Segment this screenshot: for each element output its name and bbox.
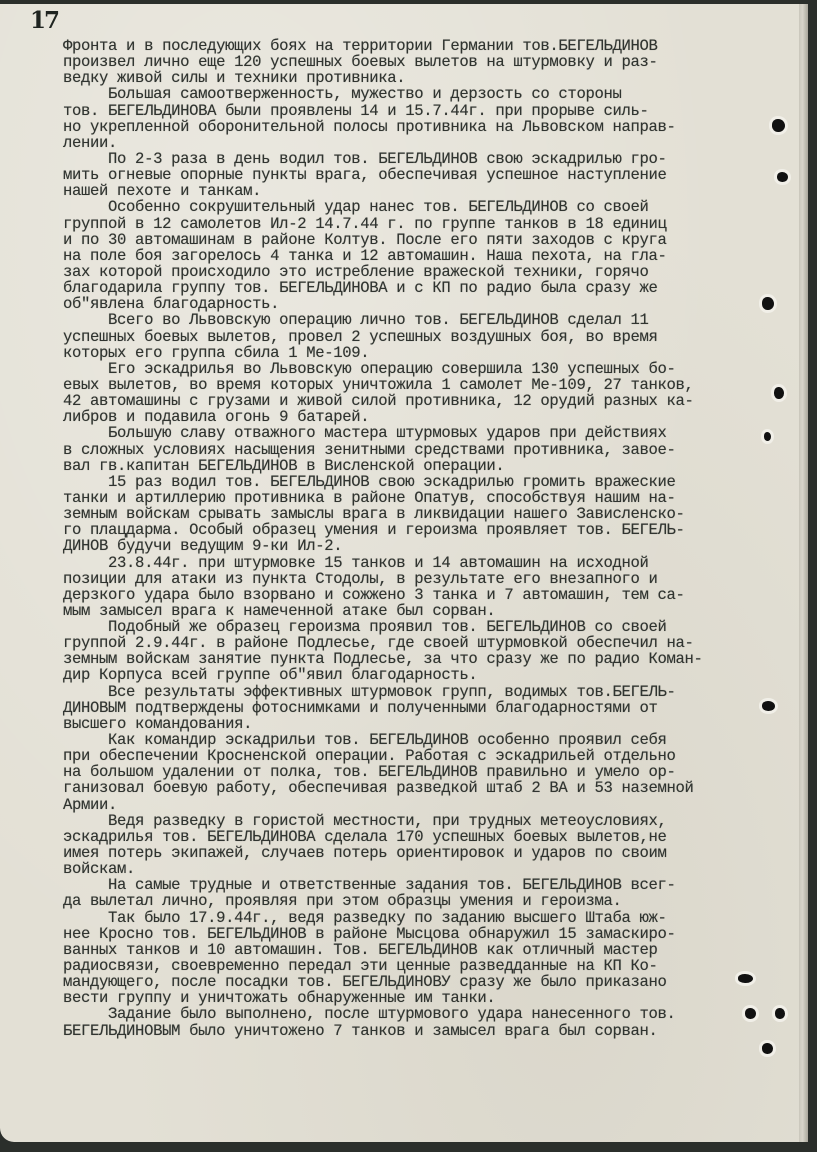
- text-line: нее Кросно тов. БЕГЕЛЬДИНОВ в районе Мыс…: [63, 926, 768, 942]
- paragraph: Как командир эскадрильи тов. БЕГЕЛЬДИНОВ…: [63, 732, 768, 813]
- text-line: успешных боевых вылетов, провел 2 успешн…: [63, 329, 768, 345]
- text-line: Задание было выполнено, после штурмового…: [63, 1006, 768, 1022]
- text-line: на поле боя загорелось 4 танка и 12 авто…: [63, 248, 768, 264]
- paragraph: 23.8.44г. при штурмовке 15 танков и 14 а…: [63, 555, 768, 620]
- text-line: танки и артиллерию противника в районе О…: [63, 490, 768, 506]
- text-line: радиосвязи, своевременно передал эти цен…: [63, 958, 768, 974]
- text-line: в сложных условиях насыщения зенитными с…: [63, 442, 768, 458]
- punch-hole: [745, 1008, 756, 1019]
- text-line: лении.: [63, 135, 768, 151]
- text-line: Ведя разведку в гористой местности, при …: [63, 813, 768, 829]
- paragraph: Так было 17.9.44г., ведя разведку по зад…: [63, 910, 768, 1007]
- text-line: об"явлена благодарность.: [63, 296, 768, 312]
- text-line: имея потерь экипажей, случаев потерь ори…: [63, 845, 768, 861]
- text-line: эскадрилья тов. БЕГЕЛЬДИНОВА сделала 170…: [63, 829, 768, 845]
- punch-hole: [772, 119, 785, 132]
- paragraph: По 2-3 раза в день водил тов. БЕГЕЛЬДИНО…: [63, 151, 768, 199]
- text-line: Большую славу отважного мастера штурмовы…: [63, 425, 768, 441]
- punch-hole: [775, 1008, 785, 1019]
- page-number: 17: [30, 7, 58, 34]
- text-line: го плацдарма. Особый образец умения и ге…: [63, 522, 768, 538]
- text-line: дерзкого удара было взорвано и сожжено 3…: [63, 587, 768, 603]
- punch-hole: [764, 432, 771, 441]
- text-line: нашей пехоте и танкам.: [63, 183, 768, 199]
- text-line: земным войскам срывать замыслы врага в л…: [63, 506, 768, 522]
- text-line: группой 2.9.44г. в районе Подлесье, где …: [63, 635, 768, 651]
- paragraph: Ведя разведку в гористой местности, при …: [63, 813, 768, 878]
- text-line: но укрепленной оборонительной полосы про…: [63, 119, 768, 135]
- text-line: и по 30 автомашинам в районе Колтув. Пос…: [63, 232, 768, 248]
- text-line: Особенно сокрушительный удар нанес тов. …: [63, 199, 768, 215]
- text-line: при обеспечении Кросненской операции. Ра…: [63, 748, 768, 764]
- text-line: ванных танков и 10 автомашин. Тов. БЕГЕЛ…: [63, 942, 768, 958]
- paragraph: Задание было выполнено, после штурмового…: [63, 1006, 768, 1038]
- text-line: ДИНОВ будучи ведущим 9-ки Ил-2.: [63, 538, 768, 554]
- text-line: 15 раз водил тов. БЕГЕЛЬДИНОВ свою эскад…: [63, 474, 768, 490]
- text-line: мандующего, после посадки тов. БЕГЕЛЬДИН…: [63, 974, 768, 990]
- page-edge: [799, 4, 808, 1142]
- text-line: либров и подавила огонь 9 батарей.: [63, 409, 768, 425]
- paragraph: Подобный же образец героизма проявил тов…: [63, 619, 768, 684]
- punch-hole: [762, 701, 775, 711]
- text-line: По 2-3 раза в день водил тов. БЕГЕЛЬДИНО…: [63, 151, 768, 167]
- text-line: группой в 12 самолетов Ил-2 14.7.44 г. п…: [63, 216, 768, 232]
- text-line: ДИНОВЫМ подтверждены фотоснимками и полу…: [63, 700, 768, 716]
- paragraph: На самые трудные и ответственные задания…: [63, 877, 768, 909]
- text-line: евых вылетов, во время которых уничтожил…: [63, 377, 768, 393]
- text-line: 42 автомашины с грузами и живой силой пр…: [63, 393, 768, 409]
- text-line: благодарила группу тов. БЕГЕЛЬДИНОВА и с…: [63, 280, 768, 296]
- paragraph: Фронта и в последующих боях на территори…: [63, 38, 768, 86]
- text-line: тов. БЕГЕЛЬДИНОВА были проявлены 14 и 15…: [63, 103, 768, 119]
- text-line: Фронта и в последующих боях на территори…: [63, 38, 768, 54]
- paragraph: Всего во Львовскую операцию лично тов. Б…: [63, 312, 768, 360]
- text-line: да вылетал лично, проявляя при этом обра…: [63, 893, 768, 909]
- paragraph: Все результаты эффективных штурмовок гру…: [63, 684, 768, 732]
- paragraph: 15 раз водил тов. БЕГЕЛЬДИНОВ свою эскад…: [63, 474, 768, 555]
- paragraph: Особенно сокрушительный удар нанес тов. …: [63, 199, 768, 312]
- punch-hole: [762, 1043, 773, 1054]
- paragraph: Его эскадрилья во Львовскую операцию сов…: [63, 361, 768, 426]
- paragraph: Большую славу отважного мастера штурмовы…: [63, 425, 768, 473]
- text-line: Большая самоотверженность, мужество и де…: [63, 86, 768, 102]
- text-line: вал гв.капитан БЕГЕЛЬДИНОВ в Висленской …: [63, 458, 768, 474]
- text-line: 23.8.44г. при штурмовке 15 танков и 14 а…: [63, 555, 768, 571]
- punch-hole: [777, 172, 788, 182]
- text-line: произвел лично еще 120 успешных боевых в…: [63, 54, 768, 70]
- text-line: зах которой происходило это истребление …: [63, 264, 768, 280]
- document-body: Фронта и в последующих боях на территори…: [63, 38, 768, 1039]
- punch-hole: [738, 974, 753, 983]
- document-page: 17 Фронта и в последующих боях на террит…: [0, 4, 808, 1142]
- paragraph: Большая самоотверженность, мужество и де…: [63, 86, 768, 151]
- text-line: мым замысел врага к намеченной атаке был…: [63, 603, 768, 619]
- text-line: мить огневые опорные пункты врага, обесп…: [63, 167, 768, 183]
- text-line: позиции для атаки из пункта Стодолы, в р…: [63, 571, 768, 587]
- text-line: БЕГЕЛЬДИНОВЫМ было уничтожено 7 танков и…: [63, 1023, 768, 1039]
- punch-hole: [762, 297, 774, 310]
- text-line: Армии.: [63, 797, 768, 813]
- text-line: дир Корпуса всей группе об"явил благодар…: [63, 667, 768, 683]
- text-line: Все результаты эффективных штурмовок гру…: [63, 684, 768, 700]
- text-line: Его эскадрилья во Львовскую операцию сов…: [63, 361, 768, 377]
- text-line: войскам.: [63, 861, 768, 877]
- text-line: Так было 17.9.44г., ведя разведку по зад…: [63, 910, 768, 926]
- text-line: Как командир эскадрильи тов. БЕГЕЛЬДИНОВ…: [63, 732, 768, 748]
- text-line: которых его группа сбила 1 Ме-109.: [63, 345, 768, 361]
- text-line: Подобный же образец героизма проявил тов…: [63, 619, 768, 635]
- punch-hole: [774, 387, 784, 399]
- text-line: высшего командования.: [63, 716, 768, 732]
- text-line: ганизовал боевую работу, обеспечивая раз…: [63, 780, 768, 796]
- text-line: ведку живой силы и техники противника.: [63, 70, 768, 86]
- text-line: Всего во Львовскую операцию лично тов. Б…: [63, 312, 768, 328]
